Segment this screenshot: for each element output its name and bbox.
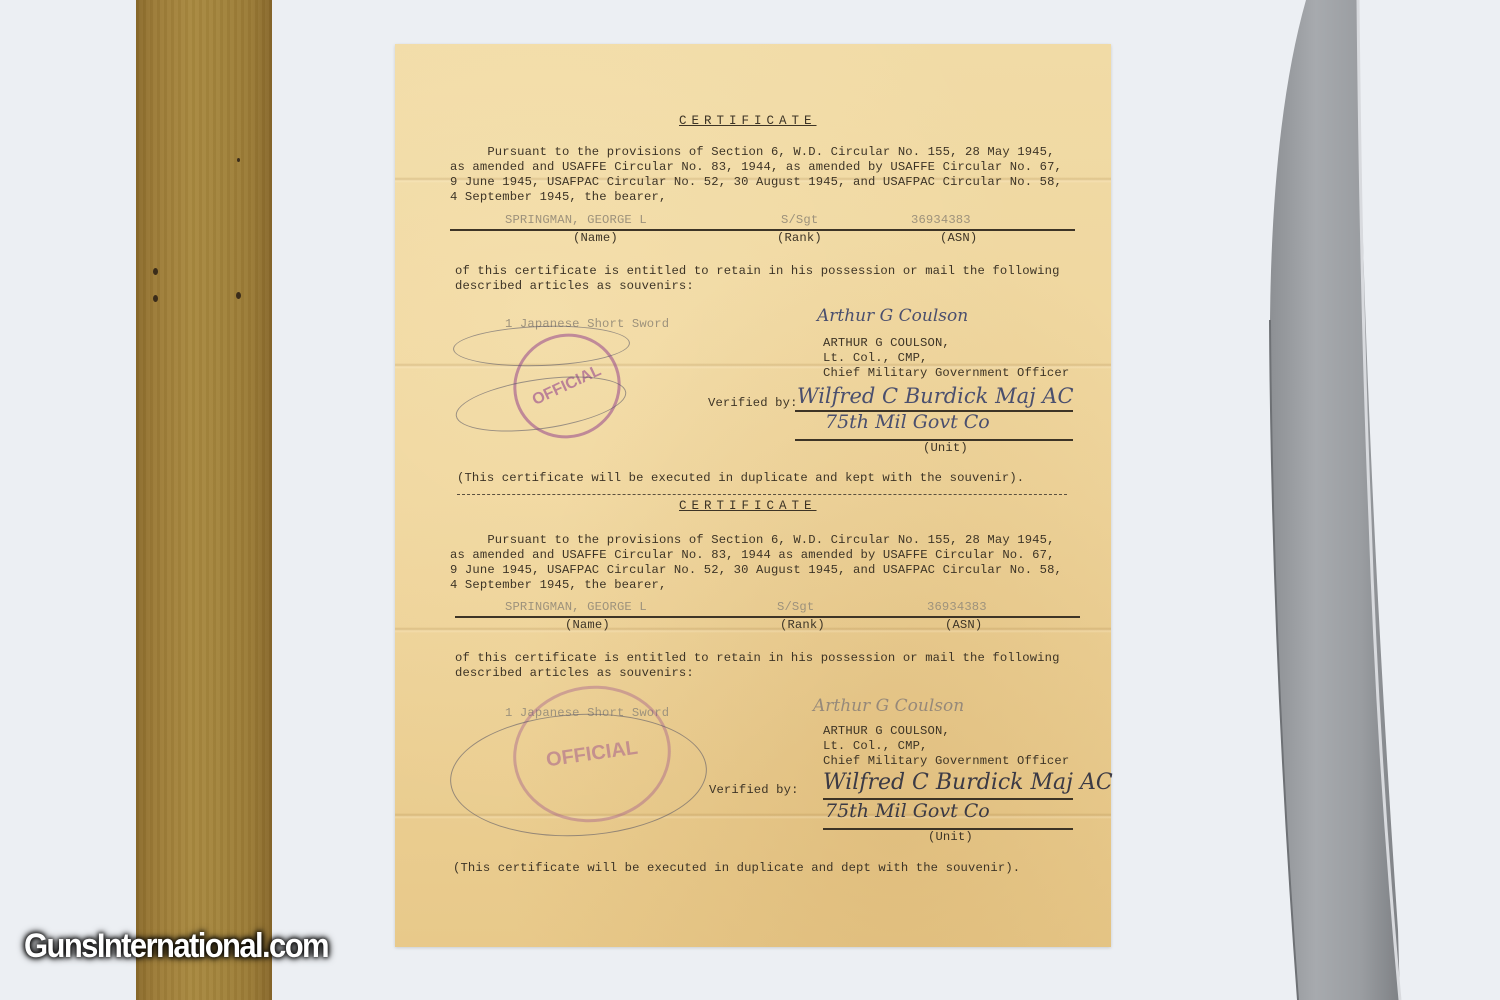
verifier-signature: Wilfred C Burdick Maj AC bbox=[797, 384, 1074, 408]
souvenir-certificate-document: CERTIFICATE Pursuant to the provisions o… bbox=[395, 44, 1111, 947]
entitled-text: of this certificate is entitled to retai… bbox=[455, 264, 1060, 280]
certificate-footer: (This certificate will be executed in du… bbox=[457, 471, 1024, 487]
bearer-rank: S/Sgt bbox=[781, 213, 818, 229]
label-name: (Name) bbox=[565, 618, 610, 634]
officer-rank: Lt. Col., CMP, bbox=[823, 739, 928, 755]
certificate-title: CERTIFICATE bbox=[679, 114, 817, 128]
unit-handwritten: 75th Mil Govt Co bbox=[825, 411, 990, 433]
officer-name: ARTHUR G COULSON, bbox=[823, 724, 950, 740]
label-asn: (ASN) bbox=[940, 231, 977, 247]
name-rank-asn-line bbox=[455, 616, 1080, 618]
label-asn: (ASN) bbox=[945, 618, 982, 634]
officer-rank: Lt. Col., CMP, bbox=[823, 351, 928, 367]
name-rank-asn-line bbox=[450, 229, 1075, 231]
verified-by-label: Verified by: bbox=[709, 783, 799, 799]
label-name: (Name) bbox=[573, 231, 618, 247]
bearer-rank: S/Sgt bbox=[777, 600, 814, 616]
label-unit: (Unit) bbox=[928, 830, 973, 846]
label-rank: (Rank) bbox=[777, 231, 822, 247]
entitled-text: described articles as souvenirs: bbox=[455, 666, 694, 682]
label-rank: (Rank) bbox=[780, 618, 825, 634]
wood-mark bbox=[237, 158, 240, 162]
watermark-logo: GunsInternational.com bbox=[24, 926, 328, 966]
officer-name: ARTHUR G COULSON, bbox=[823, 336, 950, 352]
paper-fold bbox=[395, 627, 1111, 633]
entitled-text: of this certificate is entitled to retai… bbox=[455, 651, 1060, 667]
officer-signature: Arthur G Coulson bbox=[813, 696, 964, 716]
pencil-loop bbox=[447, 707, 710, 842]
officer-title: Chief Military Government Officer bbox=[823, 366, 1069, 382]
sword-blade bbox=[1258, 0, 1418, 1000]
bearer-asn: 36934383 bbox=[911, 213, 971, 229]
certificate-footer: (This certificate will be executed in du… bbox=[453, 861, 1020, 877]
wood-mark bbox=[153, 268, 158, 275]
wood-mark bbox=[236, 292, 241, 299]
bearer-name: SPRINGMAN, GEORGE L bbox=[505, 600, 647, 616]
wood-mark bbox=[153, 295, 158, 302]
label-unit: (Unit) bbox=[923, 441, 968, 457]
unit-handwritten: 75th Mil Govt Co bbox=[825, 800, 990, 822]
bearer-asn: 36934383 bbox=[927, 600, 987, 616]
officer-title: Chief Military Government Officer bbox=[823, 754, 1069, 770]
officer-signature: Arthur G Coulson bbox=[817, 306, 968, 326]
verified-by-label: Verified by: bbox=[708, 396, 798, 412]
entitled-text: described articles as souvenirs: bbox=[455, 279, 694, 295]
cut-line bbox=[457, 494, 1067, 495]
verifier-signature: Wilfred C Burdick Maj AC bbox=[823, 770, 1113, 795]
bearer-name: SPRINGMAN, GEORGE L bbox=[505, 213, 647, 229]
wooden-scabbard bbox=[136, 0, 272, 1000]
certificate-title: CERTIFICATE bbox=[679, 499, 817, 513]
